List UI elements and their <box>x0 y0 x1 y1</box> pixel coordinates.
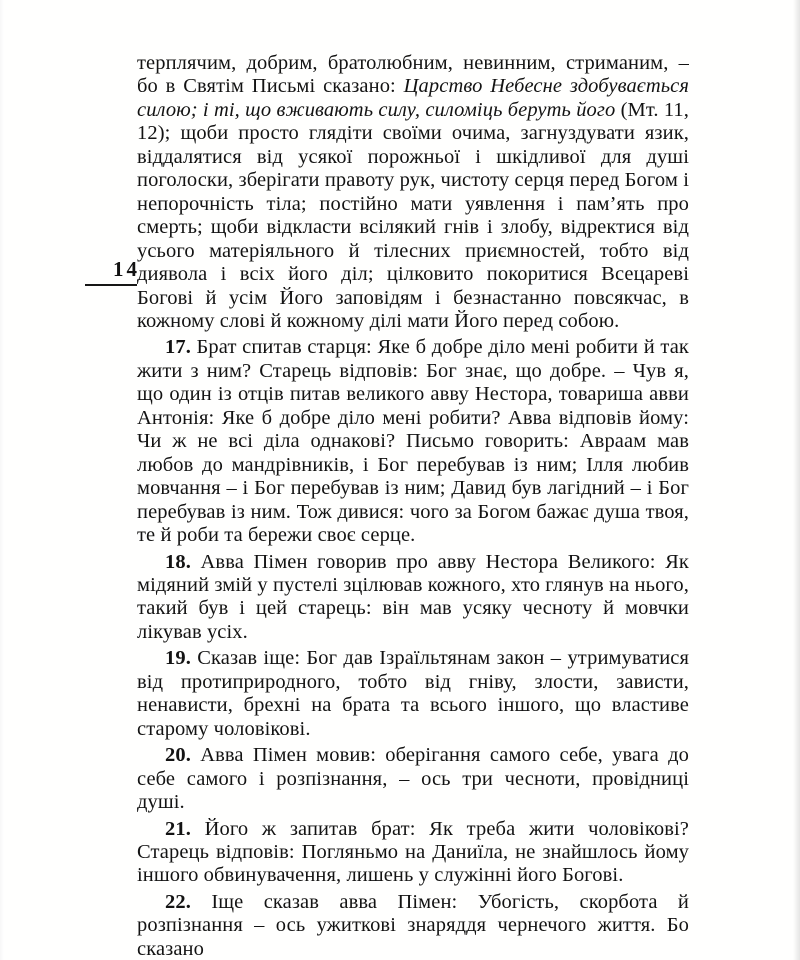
body-text-column: терплячим, добрим, братолюбним, невинним… <box>137 52 689 960</box>
text-segment: Іще сказав авва Пімен: Убогість, скорбот… <box>137 891 689 960</box>
paragraph-number: 18. <box>165 551 191 573</box>
text-segment: Авва Пімен мовив: оберігання самого себе… <box>137 744 689 813</box>
text-segment: Авва Пімен говорив про авву Нестора Вели… <box>137 551 689 643</box>
page-number: 14 <box>85 257 140 281</box>
paragraph: 20. Авва Пімен мовив: оберігання самого … <box>137 744 689 814</box>
paragraph-number: 19. <box>165 647 191 669</box>
page-left-edge <box>0 0 4 960</box>
text-segment: (Мт. 11, 12); щоби просто глядіти своїми… <box>137 99 689 332</box>
paragraph-number: 22. <box>165 891 191 913</box>
paragraph: 22. Іще сказав авва Пімен: Убогість, ско… <box>137 891 689 960</box>
text-segment: Сказав іще: Бог дав Ізраїльтянам закон –… <box>137 647 689 739</box>
page-right-edge <box>793 0 800 960</box>
page-number-rule <box>85 284 137 286</box>
text-segment: Брат спитав старця: Яке б добре діло мен… <box>137 336 689 546</box>
paragraph: 17. Брат спитав старця: Яке б добре діло… <box>137 336 689 547</box>
paragraph: 21. Його ж запитав брат: Як треба жити ч… <box>137 818 689 888</box>
paragraph: 18. Авва Пімен говорив про авву Нестора … <box>137 551 689 645</box>
paragraph-number: 17. <box>165 336 191 358</box>
paragraph-number: 20. <box>165 744 191 766</box>
page-number-block: 14 <box>85 257 137 286</box>
paragraph: 19. Сказав іще: Бог дав Ізраїльтянам зак… <box>137 647 689 741</box>
paragraph: терплячим, добрим, братолюбним, невинним… <box>137 52 689 333</box>
text-segment: Його ж запитав брат: Як треба жити чолов… <box>137 818 689 887</box>
paragraph-number: 21. <box>165 818 191 840</box>
book-page: 14 терплячим, добрим, братолюбним, невин… <box>0 0 800 960</box>
